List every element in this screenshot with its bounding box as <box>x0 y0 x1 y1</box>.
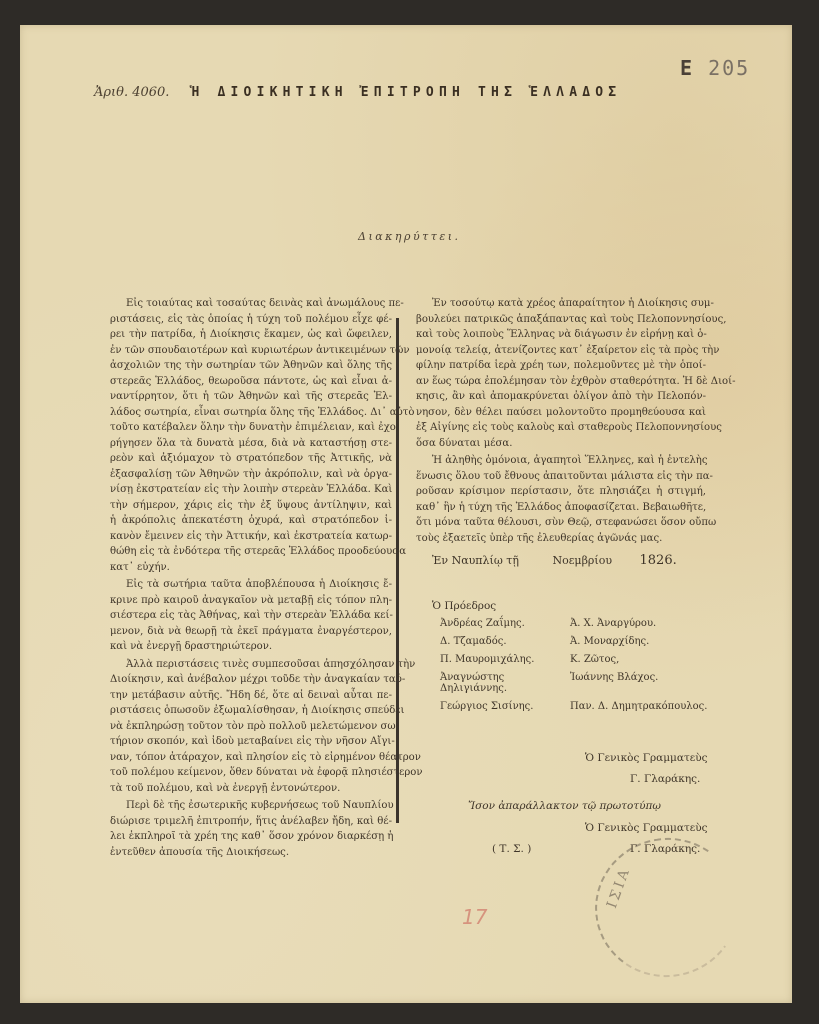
text-line: ρεὸν καὶ ἀξιόμαχον τὸ στρατόπεδον τῆς Ἀτ… <box>110 451 392 467</box>
paragraph: Ἀλλὰ περιστάσεις τινὲς συμπεσοῦσαι ἀπησχ… <box>110 657 392 797</box>
text-line: στερεᾶς Ἑλλάδος, θεωροῦσα πάντοτε, ὡς κα… <box>110 374 392 390</box>
text-line: ἐξ Αἰγίνης εἰς τοὺς καλοὺς καὶ σταθεροὺς… <box>416 420 706 436</box>
text-line: Περὶ δὲ τῆς ἐσωτερικῆς κυβερνήσεως τοῦ Ν… <box>110 798 392 814</box>
member-signatures: Ἀνδρέας Ζαΐμης.Ἀ. Χ. Ἀναργύρου.Δ. Τζαμαδ… <box>432 618 740 712</box>
member-signature: Ἀναγνώστης Δηλιγιάννης. <box>440 672 570 694</box>
text-line: λει ἐκπληροῖ τὰ χρέη της καθ᾽ ὅσον χρόνο… <box>110 829 392 845</box>
text-line: ναντίρρητον, ὅτι ἡ τῶν Ἀθηνῶν καὶ τῆς στ… <box>110 389 392 405</box>
proclamation-heading: Διακηρύττει. <box>358 230 461 243</box>
member-signature: Ἀ. Χ. Ἀναργύρου. <box>570 618 740 629</box>
text-line: ὅσα δύναται μέσα. <box>416 436 706 452</box>
text-line: ριστάσεις, εἰς τὰς ὁποίας ἡ τύχη τοῦ πολ… <box>110 312 392 328</box>
text-line: καὶ τοὺς λοιποὺς Ἕλληνας νὰ διάγωσιν ἐν … <box>416 327 706 343</box>
text-line: τὰ τοῦ πολέμου, καὶ νὰ ἐνεργῇ ἐντονώτερο… <box>110 781 392 797</box>
text-line: τοὺς ἐξαετεῖς ὑπὲρ τῆς ἐλευθερίας ἀγῶνάς… <box>416 531 706 547</box>
member-signature: Δ. Τζαμαδός. <box>440 636 570 647</box>
text-line: την μετάβασιν αὐτῆς. Ἤδη δέ, ὅτε αἱ δειν… <box>110 688 392 704</box>
text-line: λάδος σωτηρία, εἶναι σωτηρία ὅλης τῆς Ἑλ… <box>110 405 392 421</box>
member-signature: Παν. Δ. Δημητρακόπουλος. <box>570 701 740 712</box>
text-line: ἐν τῶν σπουδαιοτέρων καὶ κυριωτέρων ἀντι… <box>110 343 392 359</box>
paragraph: Εἰς τὰ σωτήρια ταῦτα ἀποβλέπουσα ἡ Διοίκ… <box>110 577 392 655</box>
text-line: κανὸν ἔμεινεν εἰς τὴν Ἀττικήν, καὶ ἐκστρ… <box>110 529 392 545</box>
text-line: καὶ νὰ ἐνεργῇ δραστηριώτερον. <box>110 639 392 655</box>
document-number: Ἀριθ. 4060. <box>94 85 169 100</box>
text-line: τοῦ πολέμου κείμενον, ὅθεν δύναται νὰ ἐφ… <box>110 765 392 781</box>
text-line: Ἀλλὰ περιστάσεις τινὲς συμπεσοῦσαι ἀπησχ… <box>110 657 392 673</box>
secretary-title: Ὁ Γενικὸς Γραμματεὺς <box>585 752 708 764</box>
president-label: Ὁ Πρόεδρος <box>432 600 740 612</box>
text-line: διώρισε τριμελῆ ἐπιτροπήν, ἥτις ἀνέλαβεν… <box>110 814 392 830</box>
paragraph: Ἐν τοσούτῳ κατὰ χρέος ἀπαραίτητον ἡ Διοί… <box>416 296 706 451</box>
archive-reference: E 205 <box>680 56 750 80</box>
document-header: Ἀριθ. 4060. Ἡ ΔΙΟΙΚΗΤΙΚΗ ἘΠΙΤΡΟΠΗ ΤΗΣ ἙΛ… <box>94 85 621 100</box>
text-line: σιέστερα εἰς τὰς Ἀθήνας, καὶ τὴν στερεὰν… <box>110 608 392 624</box>
text-line: θώθη εἰς τὰ ἐνδότερα τῆς στερεᾶς Ἑλλάδος… <box>110 544 392 560</box>
date-year: 1826. <box>640 553 677 568</box>
text-line: Εἰς τοιαύτας καὶ τοσαύτας δεινὰς καὶ ἀνω… <box>110 296 392 312</box>
archive-letter: E <box>680 56 694 80</box>
text-line: κρινε πρὸ καιροῦ ἀναγκαῖον νὰ μεταβῇ εἰς… <box>110 593 392 609</box>
seal-mark: ( Τ. Σ. ) <box>492 843 531 855</box>
text-line: ὅτι μόνα ταῦτα θέλουσι, σὺν Θεῷ, στεφανώ… <box>416 515 706 531</box>
text-line: νίσῃ ἐκστρατείαν εἰς τὴν λοιπὴν στερεὰν … <box>110 482 392 498</box>
date-month: Νοεμβρίου <box>552 554 612 567</box>
copy-certification: Ἴσον ἀπαράλλακτον τῷ πρωτοτύπῳ <box>468 800 661 812</box>
text-line: τήριον σκοπόν, καὶ ἰδοὺ μεταβαίνει εἰς τ… <box>110 734 392 750</box>
handwritten-red-mark: 17 <box>462 905 487 929</box>
text-line: ριστάσεις ὁπωσοῦν ἐξωμαλίσθησαν, ἡ Διοίκ… <box>110 703 392 719</box>
document-title: Ἡ ΔΙΟΙΚΗΤΙΚΗ ἘΠΙΤΡΟΠΗ ΤΗΣ ἙΛΛΑΔΟΣ <box>191 85 621 100</box>
text-line: τοῦτο κατέβαλεν ὅλην τὴν δυνατὴν ἐπιμέλε… <box>110 420 392 436</box>
text-line: ροῦσαν κρίσιμον περίστασιν, ὅτε πλησιάζε… <box>416 484 706 500</box>
text-line: Ἐν τοσούτῳ κατὰ χρέος ἀπαραίτητον ἡ Διοί… <box>416 296 706 312</box>
text-line: αν ἕως τώρα ἐπολέμησαν τὸν ἐχθρὸν σταθερ… <box>416 374 706 390</box>
text-line: Εἰς τὰ σωτήρια ταῦτα ἀποβλέπουσα ἡ Διοίκ… <box>110 577 392 593</box>
text-line: κατ᾽ εὐχήν. <box>110 560 392 576</box>
right-column: Ἐν τοσούτῳ κατὰ χρέος ἀπαραίτητον ἡ Διοί… <box>416 296 706 548</box>
date-line: Ἐν Ναυπλίῳ τῇ Νοεμβρίου 1826. <box>432 553 677 568</box>
text-line: νὰ ἐκπληρώσῃ τοῦτον τὸν πρὸ πολλοῦ μελετ… <box>110 719 392 735</box>
paragraph: Περὶ δὲ τῆς ἐσωτερικῆς κυβερνήσεως τοῦ Ν… <box>110 798 392 860</box>
column-divider <box>396 318 399 823</box>
paragraph: Εἰς τοιαύτας καὶ τοσαύτας δεινὰς καὶ ἀνω… <box>110 296 392 575</box>
text-line: ρήγησεν ὅλα τὰ δυνατὰ μέσα, διὰ νὰ κατασ… <box>110 436 392 452</box>
archive-number: 205 <box>708 56 750 80</box>
text-line: κησις, ἂν καὶ ἀπομακρύνεται ὀλίγον ἀπὸ τ… <box>416 389 706 405</box>
text-line: μονοίᾳ τελείᾳ, ἀτενίζοντες κατ᾽ ἐξαίρετο… <box>416 343 706 359</box>
member-signature: Ἀνδρέας Ζαΐμης. <box>440 618 570 629</box>
text-line: Διοίκησιν, καὶ ἀνέβαλον μέχρι τοῦδε τὴν … <box>110 672 392 688</box>
text-line: ἐντεῦθεν ἀπουσία τῆς Διοικήσεως. <box>110 845 392 861</box>
text-line: φίλην πατρίδα ἱερὰ χρέη των, πολεμοῦντες… <box>416 358 706 374</box>
text-line: ἀσχολιῶν της τὴν σωτηρίαν τῶν Ἀθηνῶν καὶ… <box>110 358 392 374</box>
date-place: Ἐν Ναυπλίῳ τῇ <box>432 554 519 567</box>
text-line: ρει τὴν πατρίδα, ἡ Διοίκησις ἔκαμεν, ὡς … <box>110 327 392 343</box>
copy-secretary-title: Ὁ Γενικὸς Γραμματεὺς <box>585 822 708 834</box>
secretary-name: Γ. Γλαράκης. <box>630 773 700 785</box>
text-line: τὴν σήμερον, χάρις εἰς τὴν ἐξ ὕψους ἀντί… <box>110 498 392 514</box>
text-line: καθ᾽ ἣν ἡ τύχη τῆς Ἑλλάδος ἀποφασίζεται.… <box>416 500 706 516</box>
text-line: ἕνωσις ὅλου τοῦ ἔθνους ἀπαιτοῦνται μάλισ… <box>416 469 706 485</box>
paragraph: Ἡ ἀληθὴς ὁμόνοια, ἀγαπητοὶ Ἕλληνες, καὶ … <box>416 453 706 546</box>
text-line: Ἡ ἀληθὴς ὁμόνοια, ἀγαπητοὶ Ἕλληνες, καὶ … <box>416 453 706 469</box>
signature-block: Ὁ Πρόεδρος Ἀνδρέας Ζαΐμης.Ἀ. Χ. Ἀναργύρο… <box>432 600 740 712</box>
text-line: βουλεύει πατρικῶς ἀπαξάπαντας καὶ τοὺς Π… <box>416 312 706 328</box>
text-line: ἡ ἀκρόπολις ἀπεκατέστη ὀχυρά, καὶ στρατό… <box>110 513 392 529</box>
member-signature: Ἰωάννης Βλάχος. <box>570 672 740 694</box>
member-signature: Π. Μαυρομιχάλης. <box>440 654 570 665</box>
text-line: ἐξασφαλίσῃ τῶν Ἀθηνῶν τὴν ἀκρόπολιν, καὶ… <box>110 467 392 483</box>
member-signature: Ἀ. Μοναρχίδης. <box>570 636 740 647</box>
member-signature: Γεώργιος Σισίνης. <box>440 701 570 712</box>
text-line: μενον, διὰ νὰ θεωρῇ τὰ ἐκεῖ πράγματα ἐνα… <box>110 624 392 640</box>
text-line: νησον, δὲν θέλει παύσει μολοντοῦτο προμη… <box>416 405 706 421</box>
text-line: ναν, τόπον ἀτάραχον, καὶ πλησίον εἰς τὸ … <box>110 750 392 766</box>
member-signature: Κ. Ζῶτος, <box>570 654 740 665</box>
left-column: Εἰς τοιαύτας καὶ τοσαύτας δεινὰς καὶ ἀνω… <box>110 296 392 862</box>
